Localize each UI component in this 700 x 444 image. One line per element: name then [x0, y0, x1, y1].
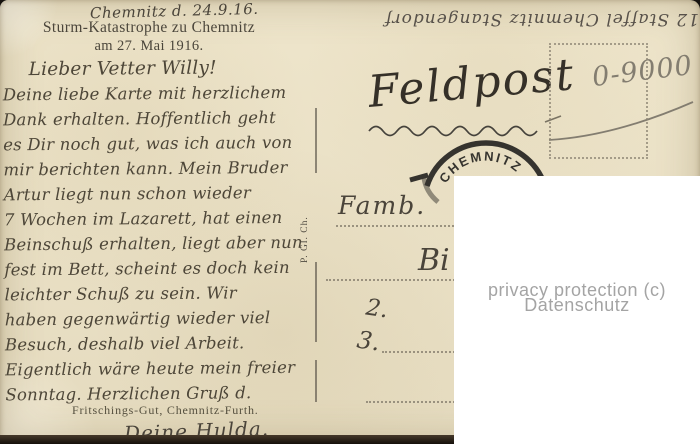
address-line-1-text: Famb. — [338, 191, 426, 220]
address-partial-word: Bi — [418, 243, 450, 278]
message-line: es Dir noch gut, was ich auch von — [3, 130, 321, 158]
message-line: Besuch, deshalb viel Arbeit. — [5, 330, 323, 358]
divider-segment — [315, 108, 317, 173]
message-line: haben gegenwärtig wieder viel — [5, 305, 323, 333]
imprint: Fritschings-Gut, Chemnitz-Furth. — [72, 403, 259, 418]
postcard-back: Chemnitz d. 24.9.16. 12 Staffel Chemnitz… — [0, 0, 700, 444]
privacy-overlay: privacy protection (c) Datenschutz — [454, 176, 700, 444]
message-line: 7 Wochen im Lazarett, hat einen — [4, 205, 322, 233]
printed-title: Sturm-Katastrophe zu Chemnitz am 27. Mai… — [28, 19, 270, 55]
message-line: Artur liegt nun schon wieder — [4, 180, 322, 208]
address-dotted-line — [382, 351, 458, 353]
message-line: Eigentlich wäre heute mein freier — [5, 355, 323, 383]
address-dotted-line — [326, 279, 458, 281]
message-line: Dank erhalten. Hoffentlich geht — [3, 105, 321, 133]
address-dotted-line — [336, 225, 458, 227]
message-line: mir berichten kann. Mein Bruder — [3, 155, 321, 183]
message-body: Lieber Vetter Willy! Deine liebe Karte m… — [2, 55, 323, 408]
address-item-2: 2. — [364, 295, 389, 324]
publisher-mark: P. Gl. Ch. — [300, 191, 316, 263]
message-line: Lieber Vetter Willy! — [2, 55, 320, 83]
message-line: fest im Bett, scheint es doch kein — [4, 255, 322, 283]
title-line-1: Sturm-Katastrophe zu Chemnitz — [28, 19, 270, 37]
inverted-top-note: 12 Staffel Chemnitz Stangendorf — [285, 2, 699, 34]
message-line: Deine liebe Karte mit herzlichem — [3, 80, 321, 108]
title-line-2: am 27. Mai 1916. — [28, 38, 270, 55]
message-line: Beinschuß erhalten, liegt aber nun — [4, 230, 322, 258]
divider-segment — [315, 262, 317, 342]
message-line: leichter Schuß zu sein. Wir — [4, 280, 322, 308]
divider-segment — [315, 360, 317, 402]
address-dotted-line — [366, 401, 458, 403]
address-item-3: 3. — [355, 326, 382, 357]
